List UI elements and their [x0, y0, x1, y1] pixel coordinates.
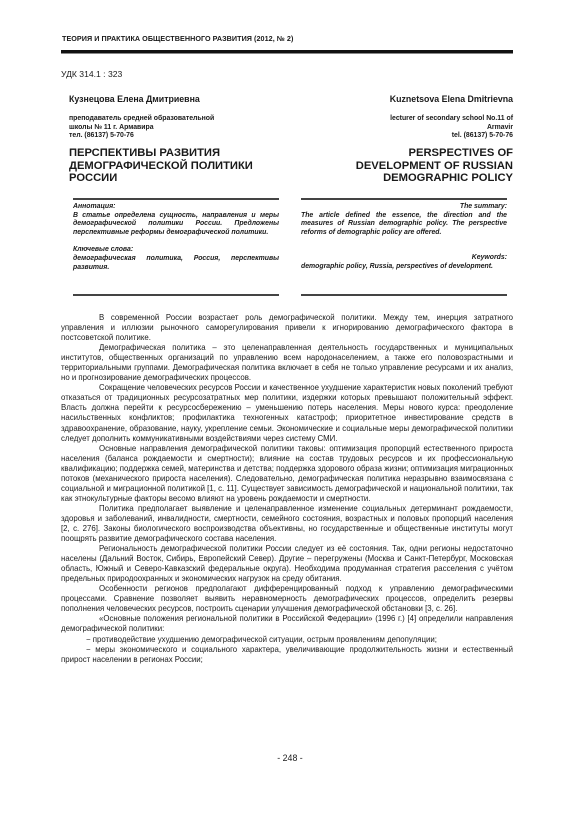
- page-number: - 248 -: [0, 753, 580, 763]
- author-name-en: Kuznetsova Elena Dmitrievna: [390, 94, 513, 104]
- article-title-ru: ПЕРСПЕКТИВЫ РАЗВИТИЯ ДЕМОГРАФИЧЕСКОЙ ПОЛ…: [69, 147, 279, 185]
- body-paragraph: Основные направления демографической пол…: [61, 444, 513, 504]
- article-title-en: PERSPECTIVES OF DEVELOPMENT OF RUSSIAN D…: [283, 147, 513, 185]
- title-line: ДЕМОГРАФИЧЕСКОЙ ПОЛИТИКИ: [69, 160, 279, 173]
- title-line: PERSPECTIVES OF: [283, 147, 513, 160]
- abstract-box-ru: Аннотация: В статье определена сущность,…: [73, 198, 279, 296]
- affiliation-line: преподаватель средней образовательной: [69, 115, 269, 124]
- body-paragraph: Политика предполагает выявление и целена…: [61, 504, 513, 544]
- body-paragraph: Особенности регионов предполагают диффер…: [61, 584, 513, 614]
- abstract-label: Аннотация:: [73, 203, 279, 212]
- body-paragraph: «Основные положения региональной политик…: [61, 614, 513, 634]
- keywords-label: Keywords:: [301, 254, 507, 263]
- udk-code: УДК 314.1 : 323: [61, 69, 122, 79]
- summary-text: The article defined the essence, the dir…: [301, 212, 507, 238]
- keywords-text: demographic policy, Russia, perspectives…: [301, 263, 507, 272]
- body-paragraph: В современной России возрастает роль дем…: [61, 313, 513, 343]
- body-paragraph: Региональность демографической политики …: [61, 544, 513, 584]
- title-line: РОССИИ: [69, 172, 279, 185]
- summary-label: The summary:: [301, 203, 507, 212]
- affiliation-line: тел. (86137) 5-70-76: [69, 132, 269, 141]
- affiliation-ru: преподаватель средней образовательной шк…: [69, 115, 269, 141]
- affiliation-line: tel. (86137) 5-70-76: [343, 132, 513, 141]
- list-item: − противодействие ухудшению демографичес…: [61, 635, 513, 645]
- affiliation-en: lecturer of secondary school No.11 of Ar…: [343, 115, 513, 141]
- author-name-ru: Кузнецова Елена Дмитриевна: [69, 94, 200, 104]
- title-line: ПЕРСПЕКТИВЫ РАЗВИТИЯ: [69, 147, 279, 160]
- journal-title: ТЕОРИЯ И ПРАКТИКА ОБЩЕСТВЕННОГО РАЗВИТИЯ…: [62, 34, 293, 43]
- abstract-box-en: The summary: The article defined the ess…: [301, 198, 507, 296]
- body-paragraph: Сокращение человеческих ресурсов России …: [61, 383, 513, 443]
- list-item: − меры экономического и социального хара…: [61, 645, 513, 665]
- affiliation-line: Armavir: [343, 124, 513, 133]
- title-line: DEMOGRAPHIC POLICY: [283, 172, 513, 185]
- header-rule: [61, 50, 513, 54]
- article-body: В современной России возрастает роль дем…: [61, 313, 513, 665]
- keywords-label: Ключевые слова:: [73, 246, 279, 255]
- abstract-text: В статье определена сущность, направлени…: [73, 212, 279, 238]
- body-paragraph: Демографическая политика – это целенапра…: [61, 343, 513, 383]
- title-line: DEVELOPMENT OF RUSSIAN: [283, 160, 513, 173]
- keywords-text: демографическая политика, Россия, перспе…: [73, 255, 279, 272]
- affiliation-line: школы № 11 г. Армавира: [69, 124, 269, 133]
- affiliation-line: lecturer of secondary school No.11 of: [343, 115, 513, 124]
